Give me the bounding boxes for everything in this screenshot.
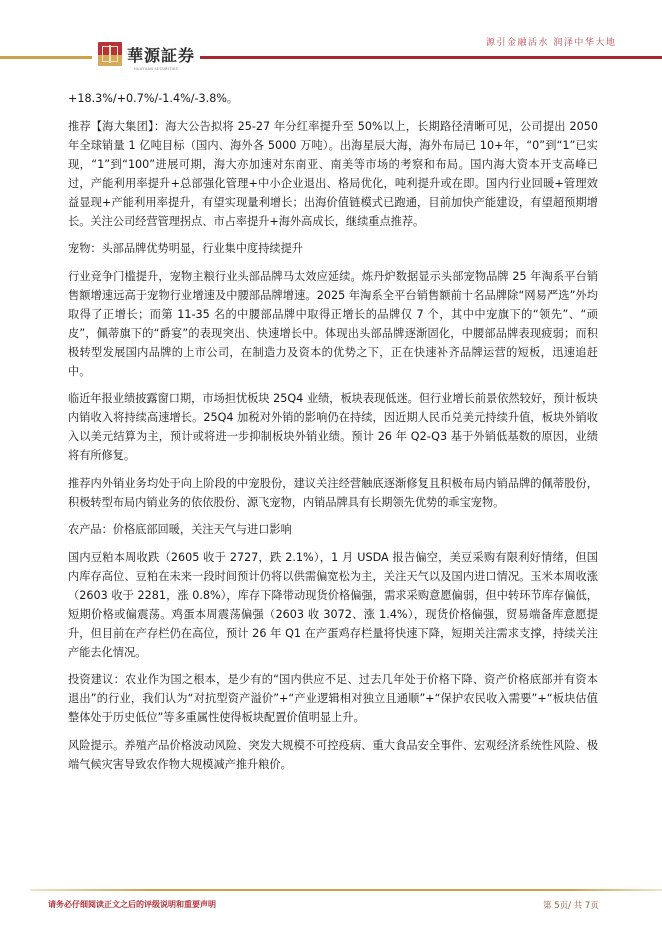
paragraph-haida-recommendation: 推荐【海大集团】：海大公告拟将 25-27 年分红率提升至 50%以上，长期路径… (68, 117, 598, 231)
paragraph-pet-industry: 行业竞争门槛提升，宠物主粮行业头部品牌马太效应延续。炼丹炉数据显示头部宠物品牌 … (68, 267, 598, 381)
report-body: +18.3%/+0.7%/-1.4%/-3.8%。 推荐【海大集团】：海大公告拟… (68, 89, 598, 782)
header-slogan: 源引金融活水 润泽中华大地 (486, 35, 616, 48)
logo-english-name: HUAYUAN SECURITIES (134, 67, 178, 71)
paragraph-investment-advice: 投资建议：农业作为国之根本，是少有的“国内供应不足、过去几年处于价格下降、资产价… (68, 670, 598, 727)
footer-rule (30, 889, 662, 891)
page-number: 第 5页/ 共 7页 (543, 899, 599, 911)
paragraph-risk-warning: 风险提示。养殖产品价格波动风险、突发大规模不可控疫病、重大食品安全事件、宏观经济… (68, 736, 598, 774)
page-header: 華源証券 HUAYUAN SECURITIES 源引金融活水 润泽中华大地 (0, 0, 662, 80)
paragraph-pet-earnings: 临近年报业绩披露窗口期，市场担忧板块 25Q4 业绩，板块表现低迷。但行业增长前… (68, 389, 598, 465)
header-red-rule (200, 56, 662, 59)
logo-emblem-icon (98, 42, 122, 66)
section-heading-pets: 宠物：头部品牌优势明显，行业集中度持续提升 (68, 239, 598, 258)
logo-chinese-name: 華源証券 (127, 43, 195, 66)
section-heading-agri-products: 农产品：价格底部回暖，关注天气与进口影响 (68, 520, 598, 539)
paragraph-pet-recommendation: 推荐内外销业务均处于向上阶段的中宠股份，建议关注经营触底逐渐修复且积极布局内销品… (68, 474, 598, 512)
huayuan-logo: 華源証券 HUAYUAN SECURITIES (98, 42, 198, 74)
paragraph-growth-figures: +18.3%/+0.7%/-1.4%/-3.8%。 (68, 89, 598, 108)
paragraph-agri-prices: 国内豆粕本周收跌（2605 收于 2727，跌 2.1%），1 月 USDA 报… (68, 548, 598, 662)
header-gold-rule (0, 56, 92, 59)
footer-disclaimer: 请务必仔细阅读正文之后的评级说明和重要声明 (48, 899, 216, 910)
